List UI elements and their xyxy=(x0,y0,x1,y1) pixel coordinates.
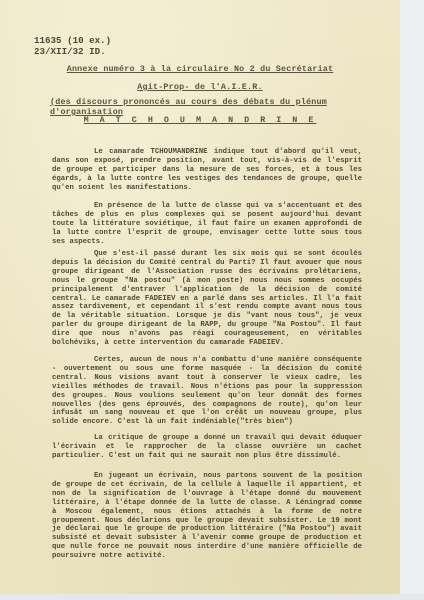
paragraph-2: En présence de la lutte de classe qui va… xyxy=(52,202,362,247)
reference-number: 11635 (10 ex.) 23/XII/32 ID. xyxy=(34,36,111,57)
paragraph-6: En jugeant un écrivain, nous partons sou… xyxy=(52,472,362,561)
heading-agitprop: Agit-Prop- de l'A.I.E.R. xyxy=(0,82,400,92)
heading-speaker: M A T C H O U M A N D R I N E xyxy=(0,115,400,125)
paragraph-1: Le camarade TCHOUMANDRINE indique tout d… xyxy=(52,148,362,193)
scan-margin-right xyxy=(400,0,424,600)
heading-annex: Annexe numéro 3 à la circulaire No 2 du … xyxy=(0,64,400,74)
document-page: 11635 (10 ex.) 23/XII/32 ID. Annexe numé… xyxy=(0,0,400,594)
reference-line-2: 23/XII/32 ID. xyxy=(34,47,111,58)
reference-line-1: 11635 (10 ex.) xyxy=(34,36,111,47)
paragraph-4: Certes, aucun de nous n'a combattu d'une… xyxy=(52,356,362,427)
paragraph-3: Que s'est-il passé durant les six mois q… xyxy=(52,250,362,348)
heading-subtitle: (des discours prononcés au cours des déb… xyxy=(50,97,400,117)
paragraph-5: La critique de groupe a donné un travail… xyxy=(52,434,362,461)
scan-margin-bottom xyxy=(0,594,424,600)
